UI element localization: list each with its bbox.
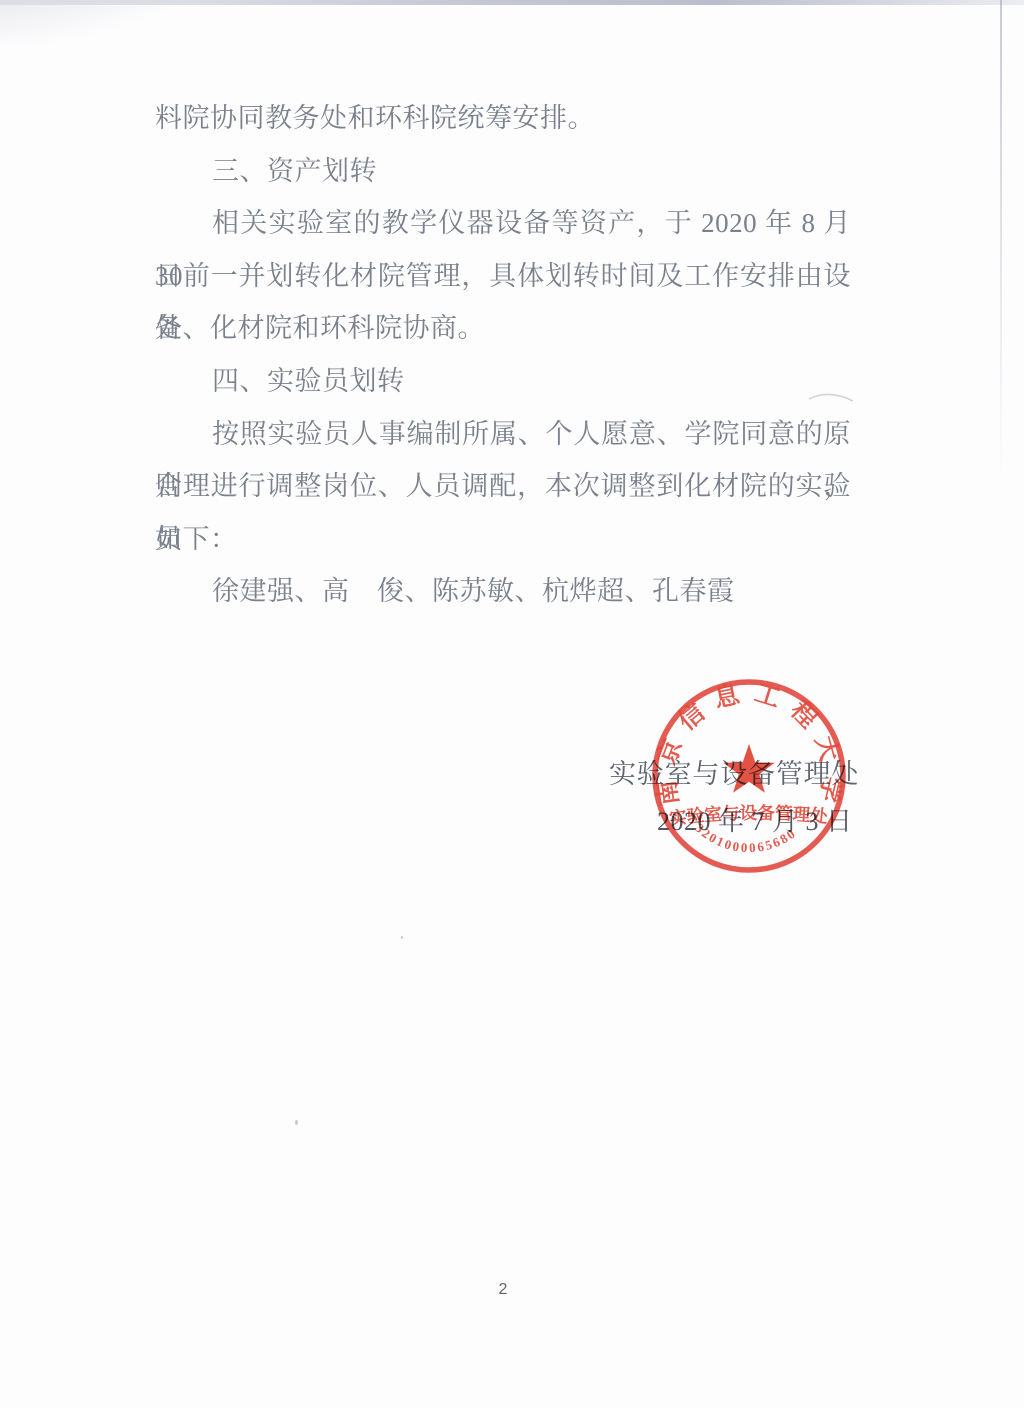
body-line: 按照实验员人事编制所属、个人愿意、学院同意的原则， [155, 408, 851, 461]
official-seal: 南京信息工程大学 实验室与设备管理处 3201000065680 [645, 665, 855, 875]
document-body: 料院协同教务处和环科院统筹安排。 三、资产划转 相关实验室的教学仪器设备等资产，… [155, 92, 851, 618]
seal-serial-number: 3201000065680 [692, 820, 799, 855]
seal-department-text: 实验室与设备管理处 [668, 803, 829, 829]
scan-right-edge-line [1000, 0, 1002, 480]
body-line: 处、化材院和环科院协商。 [155, 302, 851, 355]
section-heading-4: 四、实验员划转 [155, 355, 851, 408]
section-heading-3: 三、资产划转 [155, 145, 851, 198]
scan-speck [295, 1120, 298, 1125]
staff-names-line: 徐建强、高 俊、陈苏敏、杭烨超、孔春霞 [155, 565, 851, 618]
body-line: 相关实验室的教学仪器设备等资产，于 2020 年 8 月 30 [155, 197, 851, 250]
body-line: 合理进行调整岗位、人员调配，本次调整到化材院的实验员 [155, 460, 851, 513]
scanned-document-page: 料院协同教务处和环科院统筹安排。 三、资产划转 相关实验室的教学仪器设备等资产，… [0, 0, 1024, 1408]
page-number: 2 [0, 1281, 1006, 1299]
seal-star-icon [723, 744, 774, 793]
body-line: 料院协同教务处和环科院统筹安排。 [155, 92, 851, 145]
scan-speck [401, 936, 403, 939]
body-line: 如下： [155, 513, 851, 566]
body-line: 日前一并划转化材院管理，具体划转时间及工作安排由设备 [155, 250, 851, 303]
